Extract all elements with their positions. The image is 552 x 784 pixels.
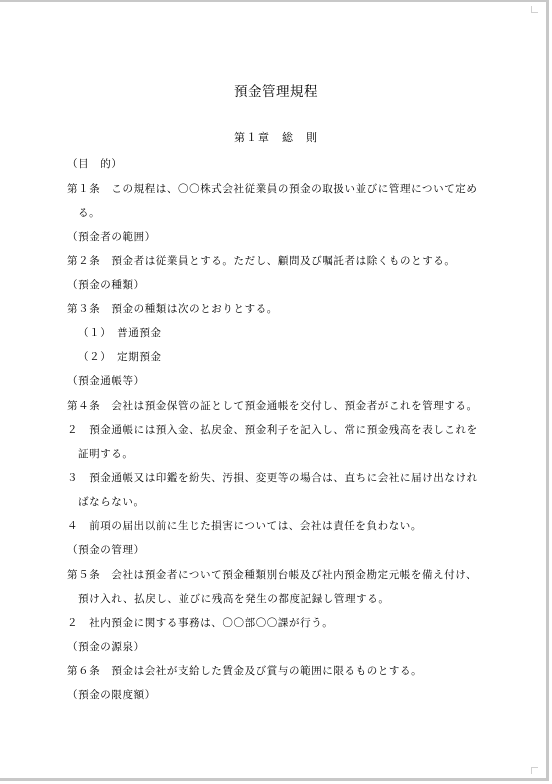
article-text-line: （１） 普通預金 xyxy=(78,325,162,340)
article-caption: （預金の種類） xyxy=(67,277,145,292)
article-text-line: ２ 預金通帳には預入金、払戻金、預金利子を記入し、常に預金残高を表しこれを xyxy=(67,422,478,437)
article-text-line: ４ 前項の届出以前に生じた損害については、会社は責任を負わない。 xyxy=(67,518,422,533)
article-text-line: 第２条 預金者は従業員とする。ただし、顧問及び嘱託者は除くものとする。 xyxy=(67,253,456,268)
crop-mark-top-right xyxy=(531,6,538,13)
article-text-line: （２） 定期預金 xyxy=(78,349,162,364)
article-text-line: る。 xyxy=(78,205,100,220)
article-text-line: ３ 預金通帳又は印鑑を紛失、汚損、変更等の場合は、直ちに会社に届け出なけれ xyxy=(67,470,478,485)
article-caption: （預金の管理） xyxy=(67,542,145,557)
document-title: 預金管理規程 xyxy=(0,80,552,100)
article-text-line: 第１条 この規程は、〇〇株式会社従業員の預金の取扱い並びに管理について定め xyxy=(67,181,478,196)
chapter-heading: 第１章 総 則 xyxy=(0,129,552,145)
article-text-line: 預け入れ、払戻し、並びに残高を発生の都度記録し管理する。 xyxy=(78,591,389,606)
article-caption: （預金の限度額） xyxy=(67,687,156,702)
article-text-line: 第５条 会社は預金者について預金種類別台帳及び社内預金勘定元帳を備え付け、 xyxy=(67,567,477,582)
article-text-line: 第３条 預金の種類は次のとおりとする。 xyxy=(67,301,278,316)
article-text-line: 証明する。 xyxy=(78,446,134,461)
article-caption: （預金の源泉） xyxy=(67,639,145,654)
article-caption: （預金者の範囲） xyxy=(67,229,156,244)
article-caption: （目 的） xyxy=(67,156,123,171)
crop-mark-bottom-right xyxy=(531,767,538,774)
article-text-line: ばならない。 xyxy=(78,494,145,509)
article-text-line: 第６条 預金は会社が支給した賃金及び賞与の範囲に限るものとする。 xyxy=(67,663,422,678)
article-caption: （預金通帳等） xyxy=(67,373,145,388)
article-text-line: 第４条 会社は預金保管の証として預金通帳を交付し、預金者がこれを管理する。 xyxy=(67,398,478,413)
article-text-line: ２ 社内預金に関する事務は、〇〇部〇〇課が行う。 xyxy=(67,615,333,630)
